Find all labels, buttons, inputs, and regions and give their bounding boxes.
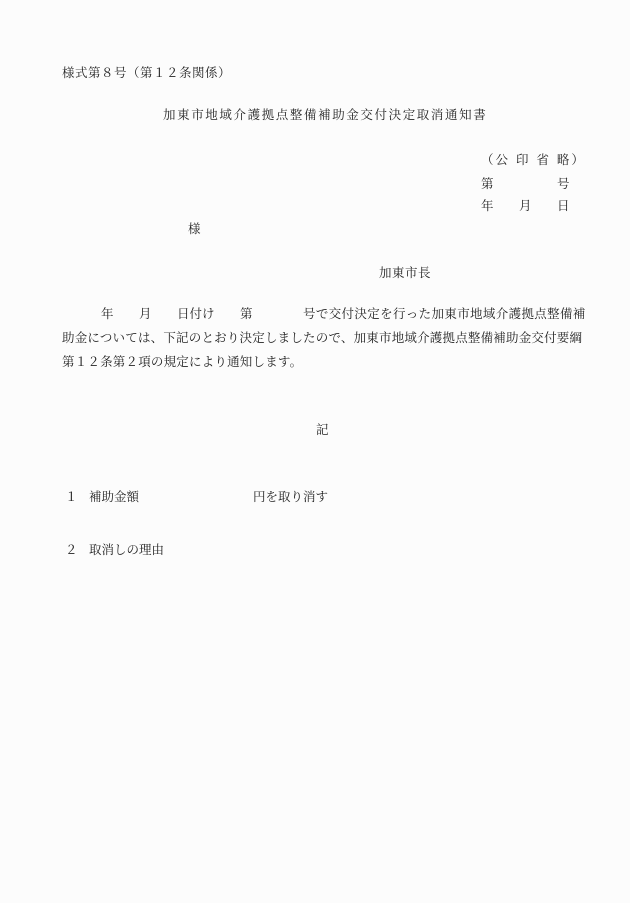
document-number-prefix: 第 bbox=[481, 176, 494, 192]
body-line3: 第１２条第２項の規定により通知します。 bbox=[62, 354, 302, 370]
body-line1-month: 月 bbox=[139, 306, 152, 322]
item-suffix-cancel-amount: 円を取り消す bbox=[253, 489, 328, 505]
body-line1-rest: 号で交付決定を行った加東市地域介護拠点整備補 bbox=[303, 306, 586, 322]
body-line2: 助金については、下記のとおり決定しましたので、加東市地域介護拠点整備補助金交付要… bbox=[62, 330, 582, 346]
item-label-subsidy-amount: 補助金額 bbox=[89, 489, 139, 505]
date-year: 年 bbox=[481, 198, 494, 214]
seal-omitted-note: （公 印 省 略） bbox=[481, 152, 586, 168]
form-number: 様式第８号（第１２条関係） bbox=[62, 65, 231, 81]
ki-heading: 記 bbox=[316, 422, 329, 438]
document-number-suffix: 号 bbox=[557, 176, 570, 192]
sender-name: 加東市長 bbox=[379, 265, 431, 281]
item-label-cancel-reason: 取消しの理由 bbox=[89, 542, 164, 558]
body-line1-day: 日付け bbox=[177, 306, 215, 322]
date-day: 日 bbox=[557, 198, 570, 214]
body-line1-number-prefix: 第 bbox=[240, 306, 253, 322]
item-number-1: １ bbox=[65, 489, 78, 505]
date-month: 月 bbox=[519, 198, 532, 214]
body-line1-year: 年 bbox=[101, 306, 114, 322]
addressee-suffix: 様 bbox=[188, 221, 201, 237]
document-title: 加東市地域介護拠点整備補助金交付決定取消通知書 bbox=[163, 107, 487, 123]
item-number-2: ２ bbox=[65, 542, 78, 558]
